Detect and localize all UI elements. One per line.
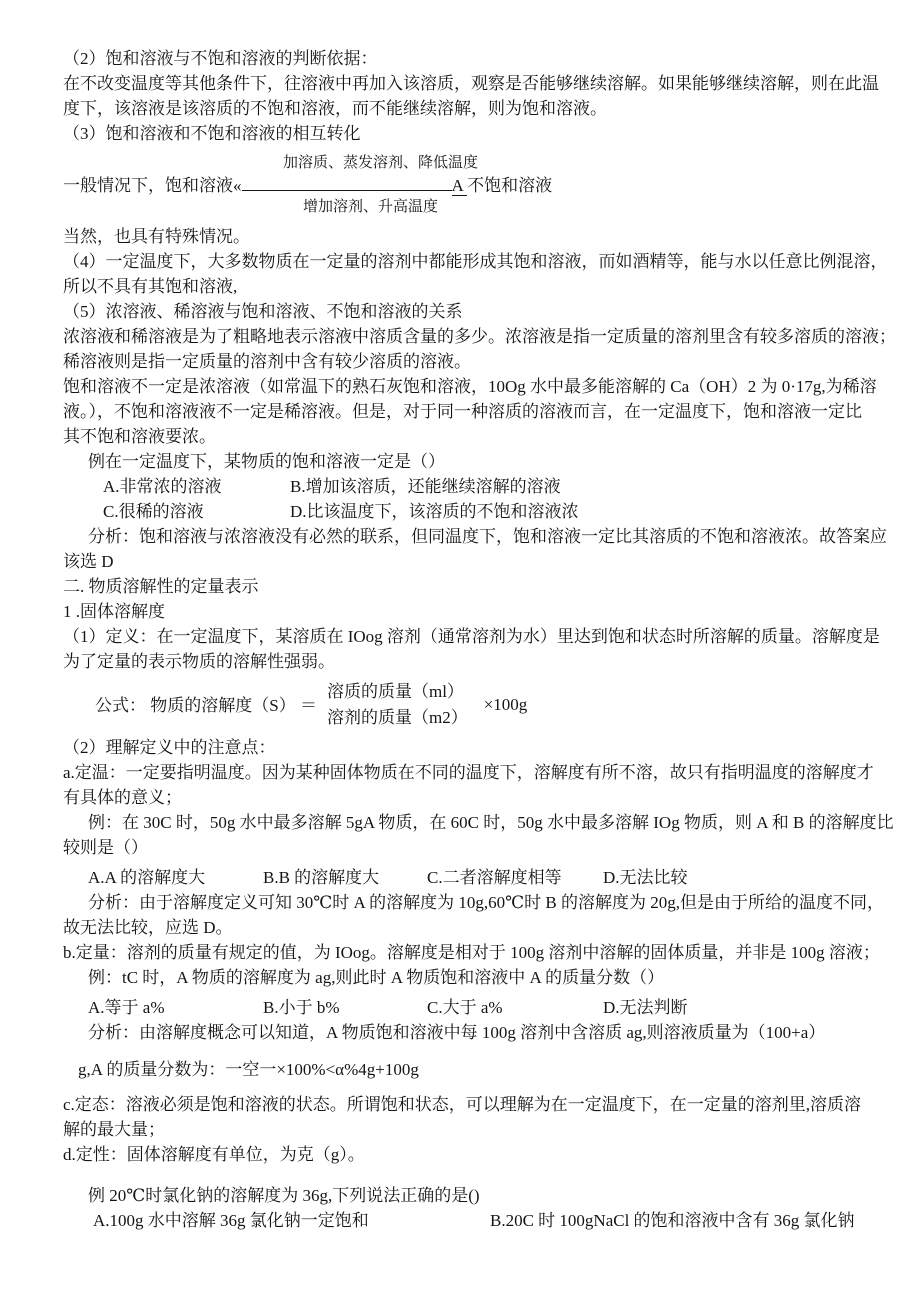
text-line: （4）一定温度下，大多数物质在一定量的溶剂中都能形成其饱和溶液，而如酒精等，能与… bbox=[63, 249, 863, 274]
option-row: A.100g 水中溶解 36g 氯化钠一定饱和B.20C 时 100gNaCl … bbox=[63, 1208, 863, 1233]
option-item: B.B 的溶解度大 bbox=[263, 865, 379, 890]
document-body: （2）饱和溶液与不饱和溶液的判断依据：在不改变温度等其他条件下，往溶液中再加入该… bbox=[63, 46, 863, 1233]
conversion-left-text: 一般情况下，饱和溶液« bbox=[63, 176, 242, 195]
text-line: 例 20℃时氯化钠的溶解度为 36g,下列说法正确的是() bbox=[63, 1183, 863, 1208]
formula-label: 公式： 物质的溶解度（S） ＝ bbox=[95, 693, 317, 718]
option-item: C.二者溶解度相等 bbox=[427, 865, 562, 890]
option-item: D.比该温度下，该溶质的不饱和溶液浓 bbox=[290, 499, 579, 524]
conversion-line: 一般情况下，饱和溶液«A 不饱和溶液 bbox=[63, 173, 863, 198]
text-line: 所以不具有其饱和溶液, bbox=[63, 274, 863, 299]
text-line: 例在一定温度下，某物质的饱和溶液一定是（） bbox=[63, 449, 863, 474]
text-line: 分析：饱和溶液与浓溶液没有必然的联系，但同温度下，饱和溶液一定比其溶质的不饱和溶… bbox=[63, 524, 863, 549]
document-page: （2）饱和溶液与不饱和溶液的判断依据：在不改变温度等其他条件下，往溶液中再加入该… bbox=[0, 0, 920, 1301]
text-line: d.定性：固体溶解度有单位，为克（g）。 bbox=[63, 1142, 863, 1167]
text-line: （2）理解定义中的注意点： bbox=[63, 735, 863, 760]
text-line: （5）浓溶液、稀溶液与饱和溶液、不饱和溶液的关系 bbox=[63, 299, 863, 324]
formula-suffix: ×100g bbox=[484, 695, 528, 715]
conversion-underline bbox=[242, 173, 452, 191]
option-item: A.非常浓的溶液 bbox=[103, 474, 222, 499]
conversion-arrow-label: A bbox=[452, 176, 468, 196]
formula-fraction: 溶质的质量（ml） 溶剂的质量（m2） bbox=[327, 679, 468, 731]
text-line: b.定量：溶剂的质量有规定的值，为 IOog。溶解度是相对于 100g 溶剂中溶… bbox=[63, 940, 863, 965]
text-line: 例：在 30C 时，50g 水中最多溶解 5gA 物质，在 60C 时，50g … bbox=[63, 810, 863, 835]
option-item: A.100g 水中溶解 36g 氯化钠一定饱和 bbox=[93, 1208, 369, 1233]
conversion-right-text: 不饱和溶液 bbox=[467, 176, 552, 195]
text-line: 稀溶液则是指一定质量的溶剂中含有较少溶质的溶液。 bbox=[63, 349, 863, 374]
text-line: 有具体的意义； bbox=[63, 785, 863, 810]
forward-condition-label: 加溶质、蒸发溶剂、降低温度 bbox=[63, 154, 863, 173]
text-line: 故无法比较，应选 D。 bbox=[63, 915, 863, 940]
formula-numerator: 溶质的质量（ml） bbox=[327, 679, 468, 705]
option-item: D.无法判断 bbox=[603, 995, 688, 1020]
option-item: C.很稀的溶液 bbox=[103, 499, 204, 524]
text-line: 为了定量的表示物质的溶解性强弱。 bbox=[63, 649, 863, 674]
text-line: 1 .固体溶解度 bbox=[63, 599, 863, 624]
text-line: 饱和溶液不一定是浓溶液（如常温下的熟石灰饱和溶液，10Og 水中最多能溶解的 C… bbox=[63, 374, 863, 399]
option-row: A.非常浓的溶液B.增加该溶质，还能继续溶解的溶液 bbox=[63, 474, 863, 499]
text-line: 例：tC 时，A 物质的溶解度为 ag,则此时 A 物质饱和溶液中 A 的质量分… bbox=[63, 965, 863, 990]
text-line: 浓溶液和稀溶液是为了粗略地表示溶液中溶质含量的多少。浓溶液是指一定质量的溶剂里含… bbox=[63, 324, 863, 349]
option-item: B.20C 时 100gNaCl 的饱和溶液中含有 36g 氯化钠 bbox=[490, 1208, 855, 1233]
reverse-condition-label: 增加溶剂、升高温度 bbox=[63, 198, 863, 217]
option-item: B.小于 b% bbox=[263, 995, 340, 1020]
text-line: a.定温：一定要指明温度。因为某种固体物质在不同的温度下，溶解度有所不溶，故只有… bbox=[63, 760, 863, 785]
text-line: c.定态：溶液必须是饱和溶液的状态。所谓饱和状态，可以理解为在一定温度下，在一定… bbox=[63, 1092, 863, 1117]
text-line: 液。），不饱和溶液液不一定是稀溶液。但是，对于同一种溶质的溶液而言，在一定温度下… bbox=[63, 399, 863, 424]
text-line: 该选 D bbox=[63, 549, 863, 574]
text-line: 当然，也具有特殊情况。 bbox=[63, 224, 863, 249]
text-line: 二. 物质溶解性的定量表示 bbox=[63, 574, 863, 599]
text-line: 较则是（） bbox=[63, 835, 863, 860]
saturation-conversion-diagram: 加溶质、蒸发溶剂、降低温度 一般情况下，饱和溶液«A 不饱和溶液 增加溶剂、升高… bbox=[63, 154, 863, 217]
option-item: C.大于 a% bbox=[427, 995, 503, 1020]
text-line: 其不饱和溶液要浓。 bbox=[63, 424, 863, 449]
text-line: 解的最大量； bbox=[63, 1117, 863, 1142]
text-line: （3）饱和溶液和不饱和溶液的相互转化 bbox=[63, 121, 863, 146]
option-item: A.等于 a% bbox=[88, 995, 164, 1020]
solubility-formula: 公式： 物质的溶解度（S） ＝ 溶质的质量（ml） 溶剂的质量（m2） ×100… bbox=[95, 679, 863, 731]
option-item: B.增加该溶质，还能继续溶解的溶液 bbox=[290, 474, 561, 499]
text-line: （2）饱和溶液与不饱和溶液的判断依据： bbox=[63, 46, 863, 71]
option-item: A.A 的溶解度大 bbox=[88, 865, 205, 890]
text-line: 度下，该溶液是该溶质的不饱和溶液，而不能继续溶解，则为饱和溶液。 bbox=[63, 96, 863, 121]
text-line: 分析：由于溶解度定义可知 30℃时 A 的溶解度为 10g,60℃时 B 的溶解… bbox=[63, 890, 863, 915]
option-item: D.无法比较 bbox=[603, 865, 688, 890]
text-line: （1）定义：在一定温度下，某溶质在 IOog 溶剂（通常溶剂为水）里达到饱和状态… bbox=[63, 624, 863, 649]
text-line: 分析：由溶解度概念可以知道，A 物质饱和溶液中每 100g 溶剂中含溶质 ag,… bbox=[63, 1020, 863, 1045]
formula-denominator: 溶剂的质量（m2） bbox=[327, 705, 468, 731]
text-line: g,A 的质量分数为：一空一×100%<α%4g+100g bbox=[63, 1057, 863, 1082]
option-row: A.等于 a%B.小于 b%C.大于 a%D.无法判断 bbox=[63, 995, 863, 1020]
text-line: 在不改变温度等其他条件下，往溶液中再加入该溶质，观察是否能够继续溶解。如果能够继… bbox=[63, 71, 863, 96]
option-row: A.A 的溶解度大B.B 的溶解度大C.二者溶解度相等D.无法比较 bbox=[63, 865, 863, 890]
option-row: C.很稀的溶液D.比该温度下，该溶质的不饱和溶液浓 bbox=[63, 499, 863, 524]
